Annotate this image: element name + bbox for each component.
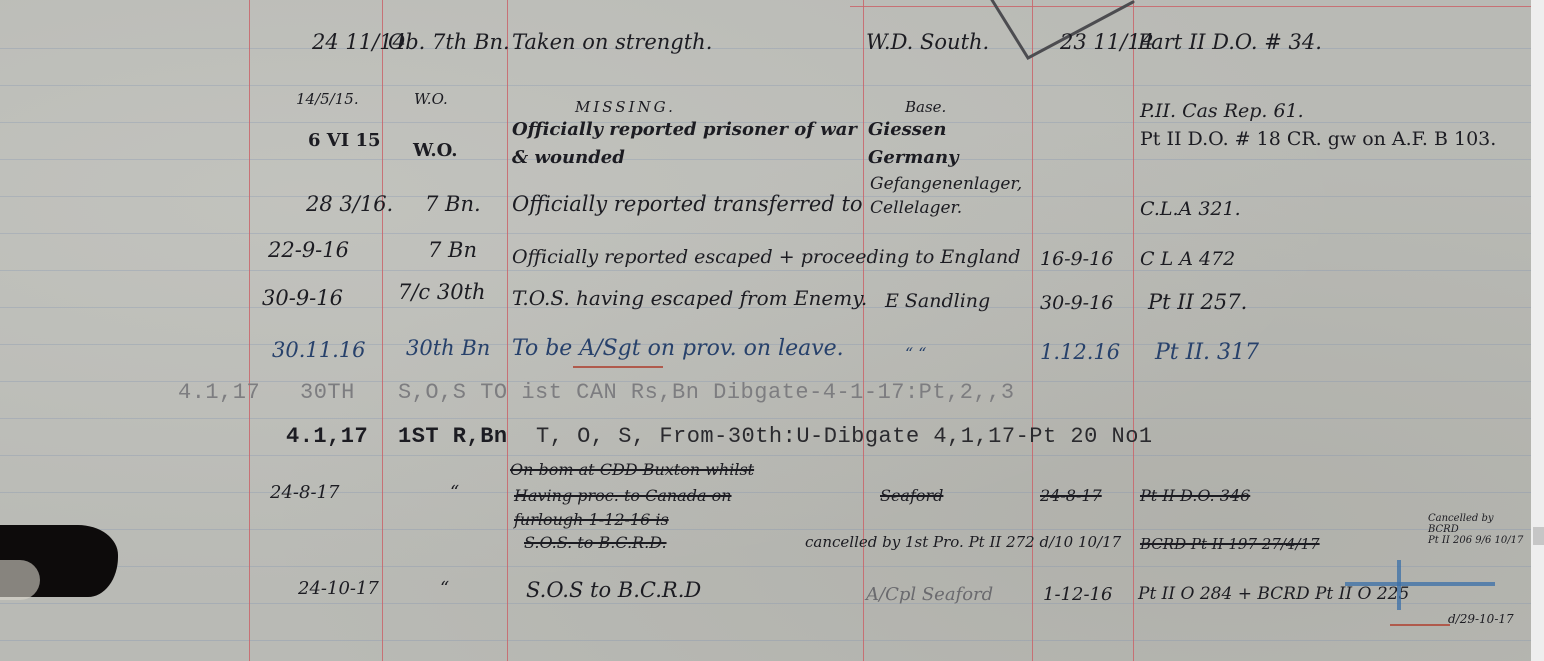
- row-5-ref-date: 16-9-16: [1040, 248, 1113, 270]
- row-5-date: 22-9-16: [268, 238, 349, 262]
- last-entry-unit: “: [440, 578, 449, 599]
- row-4-entry: Officially reported transferred to: [512, 192, 863, 216]
- margin-note: Cancelled by BCRD Pt II 206 9/6 10/17: [1428, 513, 1528, 546]
- struck-entry-unit: “: [450, 482, 459, 503]
- header-rule: [850, 6, 1531, 7]
- row-1-entry: Taken on strength.: [512, 30, 712, 54]
- row-7-authority: Pt II. 317: [1155, 340, 1259, 365]
- row-3-authority: Pt II D.O. # 18 CR. gw on A.F. B 103.: [1140, 124, 1525, 154]
- struck-entry-authority: Pt II D.O. 346: [1140, 486, 1250, 505]
- margin-note-line: Pt II 206 9/6 10/17: [1428, 535, 1528, 546]
- row-6-entry: T.O.S. having escaped from Enemy.: [512, 286, 867, 310]
- blue-pencil-mark: [1397, 560, 1401, 610]
- row-3-place: Giessen Germany: [868, 116, 1028, 172]
- typed-line-2-entry: T, O, S, From-30th:U-Dibgate 4,1,17-Pt 2…: [536, 424, 1153, 449]
- last-entry-authority: Pt II O 284 + BCRD Pt II O 225: [1138, 584, 1409, 604]
- row-5-entry: Officially reported escaped + proceeding…: [512, 246, 1020, 268]
- row-7-date: 30.11.16: [272, 338, 366, 362]
- column-rule: [507, 0, 508, 661]
- torn-paper-flap: [0, 560, 40, 600]
- row-2-unit: W.O.: [414, 90, 448, 108]
- margin-note-line: BCRD: [1428, 524, 1528, 535]
- struck-entry-line-2: Having proc. to Canada on: [514, 486, 732, 505]
- last-entry-entry: S.O.S to B.C.R.D: [526, 578, 701, 602]
- cancel-authority: BCRD Pt II 197 27/4/17: [1140, 535, 1320, 553]
- row-1-unit: Ob. 7th Bn.: [388, 30, 510, 54]
- row-1-place: W.D. South.: [866, 30, 989, 54]
- row-5-authority: C L A 472: [1140, 248, 1235, 270]
- row-3-date: 6 VI 15: [308, 130, 381, 151]
- last-entry-ref-date: 1-12-16: [1043, 584, 1112, 605]
- column-rule: [1032, 0, 1033, 661]
- row-6-ref-date: 30-9-16: [1040, 292, 1113, 314]
- row-4-authority: C.L.A 321.: [1140, 198, 1241, 220]
- row-4-date: 28 3/16.: [306, 192, 393, 216]
- scrollbar-edge: [1533, 527, 1544, 545]
- row-4-place: Gefangenenlager, Cellelager.: [870, 172, 1030, 220]
- margin-note-line: Cancelled by: [1428, 513, 1528, 524]
- cancel-note: cancelled by 1st Pro. Pt II 272 d/10 10/…: [805, 533, 1121, 551]
- row-5-unit: 7 Bn: [428, 238, 477, 262]
- column-rule: [863, 0, 864, 661]
- struck-entry-place: Seaford: [880, 486, 943, 505]
- column-rule: [249, 0, 250, 661]
- last-entry-sub-note: d/29-10-17: [1448, 612, 1514, 626]
- row-7-place: “ “: [905, 344, 926, 363]
- row-3-entry: Officially reported prisoner of war & wo…: [512, 116, 857, 172]
- last-entry-date: 24-10-17: [298, 578, 379, 599]
- row-6-unit: 7/c 30th: [398, 280, 486, 304]
- row-6-authority: Pt II 257.: [1148, 290, 1247, 314]
- column-rule: [382, 0, 383, 661]
- row-7-entry: To be A/Sgt on prov. on leave.: [512, 336, 844, 361]
- struck-entry-line-1: On bom at CDD Buxton whilst: [510, 460, 754, 479]
- row-6-place: E Sandling: [885, 290, 990, 312]
- row-2-date: 14/5/15.: [296, 90, 359, 108]
- last-entry-place: A/Cpl Seaford: [866, 584, 993, 605]
- ledger-page: 24 11/14 Ob. 7th Bn. Taken on strength. …: [0, 0, 1531, 661]
- row-1-authority: Part II D.O. # 34.: [1138, 30, 1322, 54]
- red-underline: [573, 366, 663, 368]
- row-2-missing-note: MISSING.: [575, 98, 676, 116]
- typed-line-2-date: 4.1,17: [286, 424, 368, 449]
- row-2-base-note: Base.: [905, 98, 946, 116]
- row-2-authority: P.II. Cas Rep. 61.: [1140, 100, 1304, 122]
- typed-line-1-date: 4.1,17: [178, 380, 260, 405]
- typed-line-2-unit: 1ST R,Bn: [398, 424, 508, 449]
- typed-line-1-unit: 30TH: [300, 380, 355, 405]
- row-3-unit: W.O.: [413, 140, 458, 161]
- typed-line-1-entry: S,O,S TO ist CAN Rs,Bn Dibgate-4-1-17:Pt…: [398, 380, 1015, 405]
- row-7-unit: 30th Bn: [406, 336, 490, 360]
- struck-entry-line-3: furlough 1-12-16 is: [514, 510, 669, 529]
- red-pencil-mark: [1390, 624, 1450, 626]
- struck-entry-date: 24-8-17: [270, 482, 339, 503]
- struck-entry-line-4: S.O.S. to B.C.R.D.: [524, 533, 667, 552]
- column-rule: [1133, 0, 1134, 661]
- row-6-date: 30-9-16: [262, 286, 343, 310]
- struck-entry-ref-date: 24-8-17: [1040, 486, 1102, 505]
- row-7-ref-date: 1.12.16: [1040, 340, 1120, 364]
- blue-pencil-mark: [1345, 582, 1495, 586]
- row-4-unit: 7 Bn.: [425, 192, 481, 216]
